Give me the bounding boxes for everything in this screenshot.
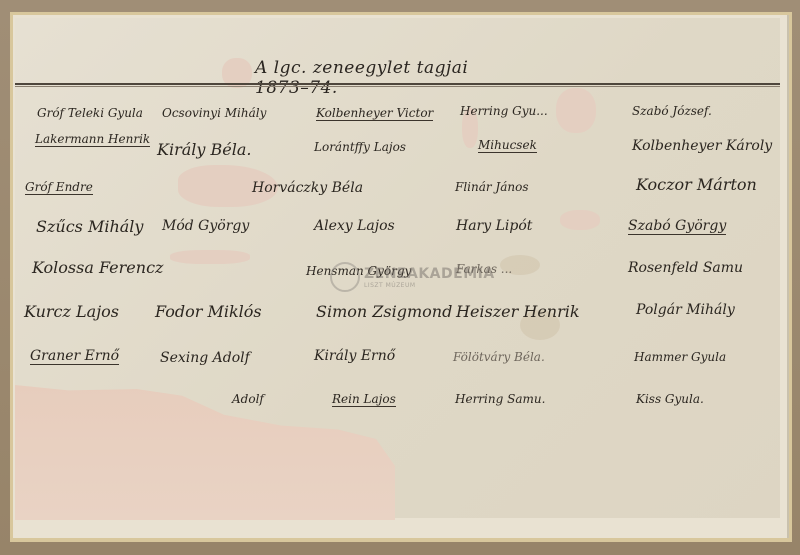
paper-damage-patch [170,250,250,264]
member-name: Hary Lipót [456,218,532,234]
member-name: Mód György [162,218,249,234]
member-name: Gróf Endre [25,180,93,195]
member-name: Szabó József. [632,104,712,118]
member-name: Fölötváry Béla. [453,350,545,364]
member-name: Király Ernő [314,348,395,364]
paper-damage-patch [556,88,596,133]
member-name: Király Béla. [157,140,251,159]
member-name: Kolbenheyer Károly [632,138,772,154]
watermark-sub-text: LISZT MÚZEUM [364,282,495,289]
member-name: Kolbenheyer Victor [316,106,433,121]
watermark-main-text: ZENEAKADÉMIA [364,266,495,282]
member-name: Flinár János [455,180,529,194]
title-underline-secondary [15,86,780,87]
member-name: Alexy Lajos [314,218,395,234]
member-name: Herring Samu. [455,392,545,406]
member-name: Heiszer Henrik [456,302,580,321]
member-name: Herring Gyu... [460,104,548,118]
title-underline [15,83,780,85]
member-name: Szűcs Mihály [36,217,143,236]
member-name: Mihucsek [478,138,537,153]
member-name: Kiss Gyula. [636,392,704,406]
member-name: Fodor Miklós [155,302,262,321]
member-name: Simon Zsigmond [316,302,452,321]
member-name: Koczor Márton [636,175,757,194]
member-name: Lorántffy Lajos [314,140,406,154]
document-title: A lgc. zeneegylet tagjai 1873–74. [255,58,525,98]
member-name: Horváczky Béla [252,180,363,196]
member-name: Rein Lajos [332,392,396,407]
paper-damage-patch [560,210,600,230]
member-name: Sexing Adolf [160,350,250,366]
member-name: Lakermann Henrik [35,132,150,147]
member-name: Polgár Mihály [636,302,735,318]
member-name: Graner Ernő [30,348,119,365]
seal-icon [330,262,360,292]
member-name: Kurcz Lajos [24,302,119,321]
member-name: Gróf Teleki Gyula [37,106,143,120]
member-name: Rosenfeld Samu [628,260,743,276]
member-name: Adolf [232,392,264,406]
museum-watermark: ZENEAKADÉMIA LISZT MÚZEUM [330,262,495,292]
member-name: Szabó György [628,218,726,235]
member-name: Kolossa Ferencz [32,258,163,277]
member-name: Hammer Gyula [634,350,726,364]
member-name: Ocsovinyi Mihály [162,106,266,120]
